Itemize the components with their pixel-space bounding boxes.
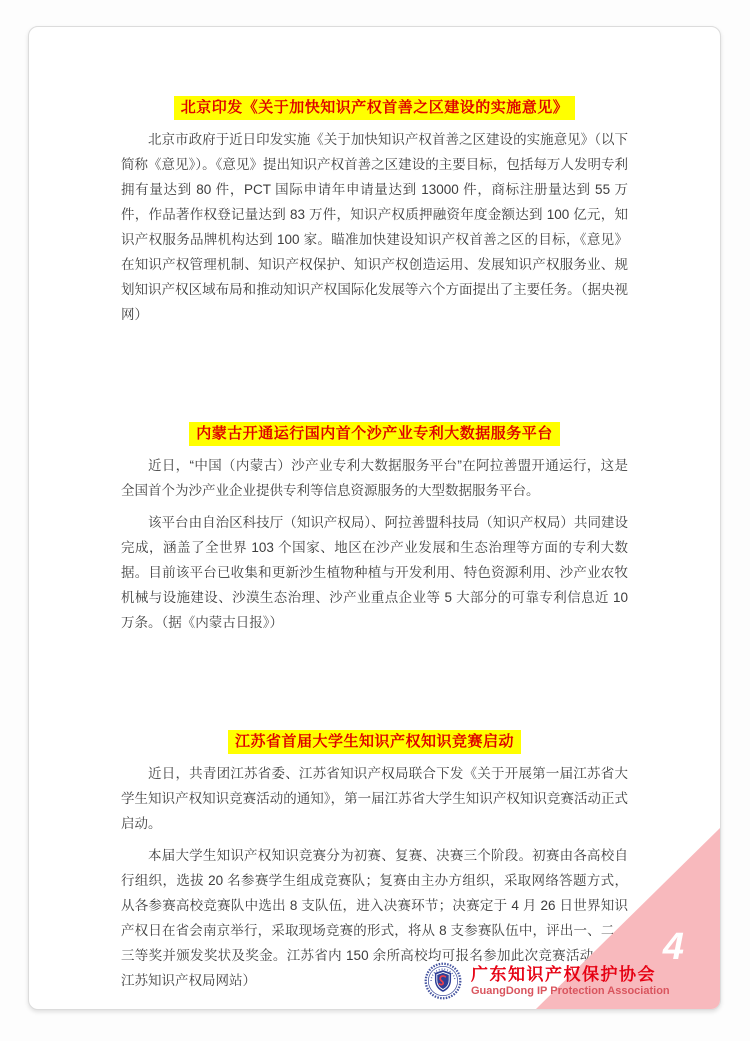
section-jiangsu: 江苏省首届大学生知识产权知识竞赛启动 近日，共青团江苏省委、江苏省知识产权局联合… <box>121 730 628 993</box>
section-paragraph: 近日，共青团江苏省委、江苏省知识产权局联合下发《关于开展第一届江苏省大学生知识产… <box>121 761 628 836</box>
section-paragraph: 北京市政府于近日印发实施《关于加快知识产权首善之区建设的实施意见》（以下简称《意… <box>121 127 628 327</box>
page-content: 北京印发《关于加快知识产权首善之区建设的实施意见》 北京市政府于近日印发实施《关… <box>29 27 720 993</box>
section-title: 内蒙古开通运行国内首个沙产业专利大数据服务平台 <box>189 422 560 446</box>
org-name-block: 广东知识产权保护协会 GuangDong IP Protection Assoc… <box>471 965 670 998</box>
ip-association-emblem-icon <box>424 962 462 1000</box>
section-beijing: 北京印发《关于加快知识产权首善之区建设的实施意见》 北京市政府于近日印发实施《关… <box>121 96 628 327</box>
section-paragraph: 近日，“中国（内蒙古）沙产业专利大数据服务平台”在阿拉善盟开通运行，这是全国首个… <box>121 453 628 503</box>
section-neimenggu: 内蒙古开通运行国内首个沙产业专利大数据服务平台 近日，“中国（内蒙古）沙产业专利… <box>121 422 628 635</box>
org-name-en: GuangDong IP Protection Association <box>471 985 670 998</box>
section-paragraph: 该平台由自治区科技厅（知识产权局）、阿拉善盟科技局（知识产权局）共同建设完成，涵… <box>121 510 628 635</box>
page-number: 4 <box>663 928 684 966</box>
section-title: 江苏省首届大学生知识产权知识竞赛启动 <box>228 730 521 754</box>
newsletter-page: 北京印发《关于加快知识产权首善之区建设的实施意见》 北京市政府于近日印发实施《关… <box>28 26 721 1010</box>
section-title: 北京印发《关于加快知识产权首善之区建设的实施意见》 <box>174 96 576 120</box>
org-name-cn: 广东知识产权保护协会 <box>471 965 670 984</box>
footer-logo: 广东知识产权保护协会 GuangDong IP Protection Assoc… <box>424 962 670 1000</box>
